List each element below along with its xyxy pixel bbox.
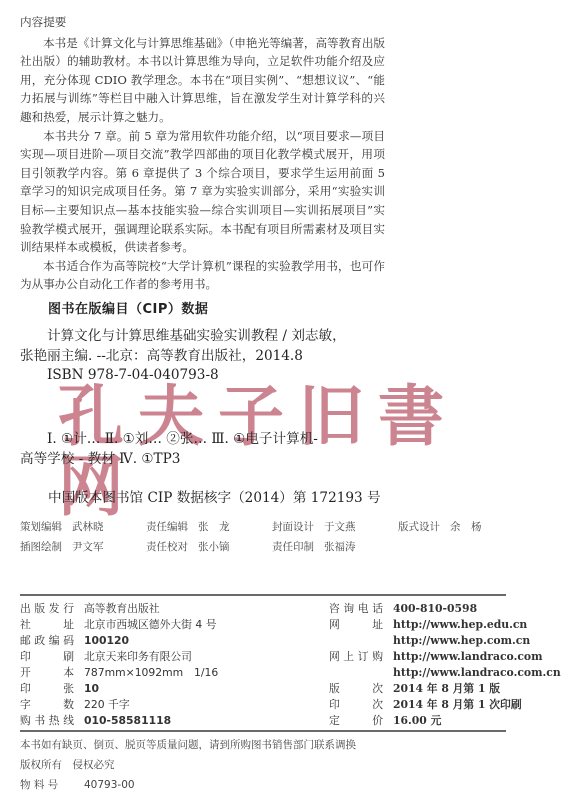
cip-isbn: ISBN 978-7-04-040793-8	[20, 366, 420, 386]
summary-paragraph-1: 本书是《计算文化与计算思维基础》（申艳光等编著，高等教育出版社出版）的辅助教材。…	[20, 34, 385, 127]
info-row: 印 次2014 年 8 月第 1 次印刷	[329, 697, 561, 713]
info-row: 网上订购http://www.landraco.com	[329, 649, 561, 665]
credit-item: 插图绘制尹文军	[20, 539, 104, 554]
website-link: http://www.hep.com.cn	[393, 633, 530, 649]
info-row: http://www.hep.com.cn	[329, 633, 561, 649]
summary-heading: 内容提要	[20, 13, 385, 32]
publishing-info-left: 出版发行高等教育出版社 社 址北京市西城区德外大街 4 号 邮政编码100120…	[20, 601, 218, 729]
notice-section: 本书如有缺页、倒页、脱页等质量问题，请到所购图书销售部门联系调换 版权所有 侵权…	[20, 735, 356, 795]
info-row: 出版发行高等教育出版社	[20, 601, 218, 617]
info-row: http://www.landraco.com.cn	[329, 665, 561, 681]
info-row: 网 址http://www.hep.edu.cn	[329, 617, 561, 633]
cip-title-line: 计算文化与计算思维基础实验实训教程 / 刘志敏，	[20, 327, 420, 347]
website-link: http://www.hep.edu.cn	[393, 617, 527, 633]
info-row: 字 数220 千字	[20, 697, 218, 713]
info-row: 印 刷北京天来印务有限公司	[20, 649, 218, 665]
item-number: 物 料 号40793-00	[20, 775, 356, 795]
cip-classification-line-2: 高等学校 - 教材 Ⅳ. ①TP3	[20, 450, 318, 470]
cip-classification: Ⅰ. ①计… Ⅱ. ①刘… ②张… Ⅲ. ①电子计算机- 高等学校 - 教材 Ⅳ…	[20, 430, 318, 469]
info-row: 印 张10	[20, 681, 218, 697]
copyright-notice: 版权所有 侵权必究	[20, 755, 356, 775]
divider-bottom	[20, 730, 506, 732]
cip-title: 图书在版编目（CIP）数据	[48, 298, 208, 317]
credit-item: 责任印制张福涛	[272, 539, 356, 554]
credit-item: 责任编辑张 龙	[146, 519, 230, 534]
info-row: 购书热线010-58581118	[20, 713, 218, 729]
quality-notice: 本书如有缺页、倒页、脱页等质量问题，请到所购图书销售部门联系调换	[20, 735, 356, 755]
credit-item: 责任校对张小镝	[146, 539, 230, 554]
credit-item: 策划编辑武林晓	[20, 519, 104, 534]
info-row: 版 次2014 年 8 月第 1 版	[329, 681, 561, 697]
summary-paragraph-2: 本书共分 7 章。前 5 章为常用软件功能介绍，以“项目要求—项目实现—项目进阶…	[20, 127, 385, 257]
divider-top	[20, 594, 506, 596]
publishing-info-right: 咨询电话400-810-0598 网 址http://www.hep.edu.c…	[329, 601, 561, 729]
info-row: 邮政编码100120	[20, 633, 218, 649]
summary-paragraph-3: 本书适合作为高等院校“大学计算机”课程的实验教学用书，也可作为从事办公自动化工作…	[20, 257, 385, 294]
info-row: 咨询电话400-810-0598	[329, 601, 561, 617]
cip-verification-number: 中国版本图书馆 CIP 数据核字（2014）第 172193 号	[48, 486, 381, 506]
credit-item: 版式设计余 杨	[398, 519, 482, 534]
info-row: 定 价16.00 元	[329, 713, 561, 729]
cip-classification-line-1: Ⅰ. ①计… Ⅱ. ①刘… ②张… Ⅲ. ①电子计算机-	[20, 430, 318, 450]
info-row: 开 本787mm×1092mm 1/16	[20, 665, 218, 681]
credit-item: 封面设计于文燕	[272, 519, 356, 534]
content-summary: 内容提要 本书是《计算文化与计算思维基础》（申艳光等编著，高等教育出版社出版）的…	[20, 13, 385, 294]
order-link: http://www.landraco.com.cn	[393, 665, 561, 681]
order-link: http://www.landraco.com	[393, 649, 543, 665]
cip-record: 计算文化与计算思维基础实验实训教程 / 刘志敏， 张艳丽主编. --北京：高等教…	[20, 327, 420, 386]
cip-editor-line: 张艳丽主编. --北京：高等教育出版社，2014.8	[20, 347, 420, 367]
info-row: 社 址北京市西城区德外大街 4 号	[20, 617, 218, 633]
